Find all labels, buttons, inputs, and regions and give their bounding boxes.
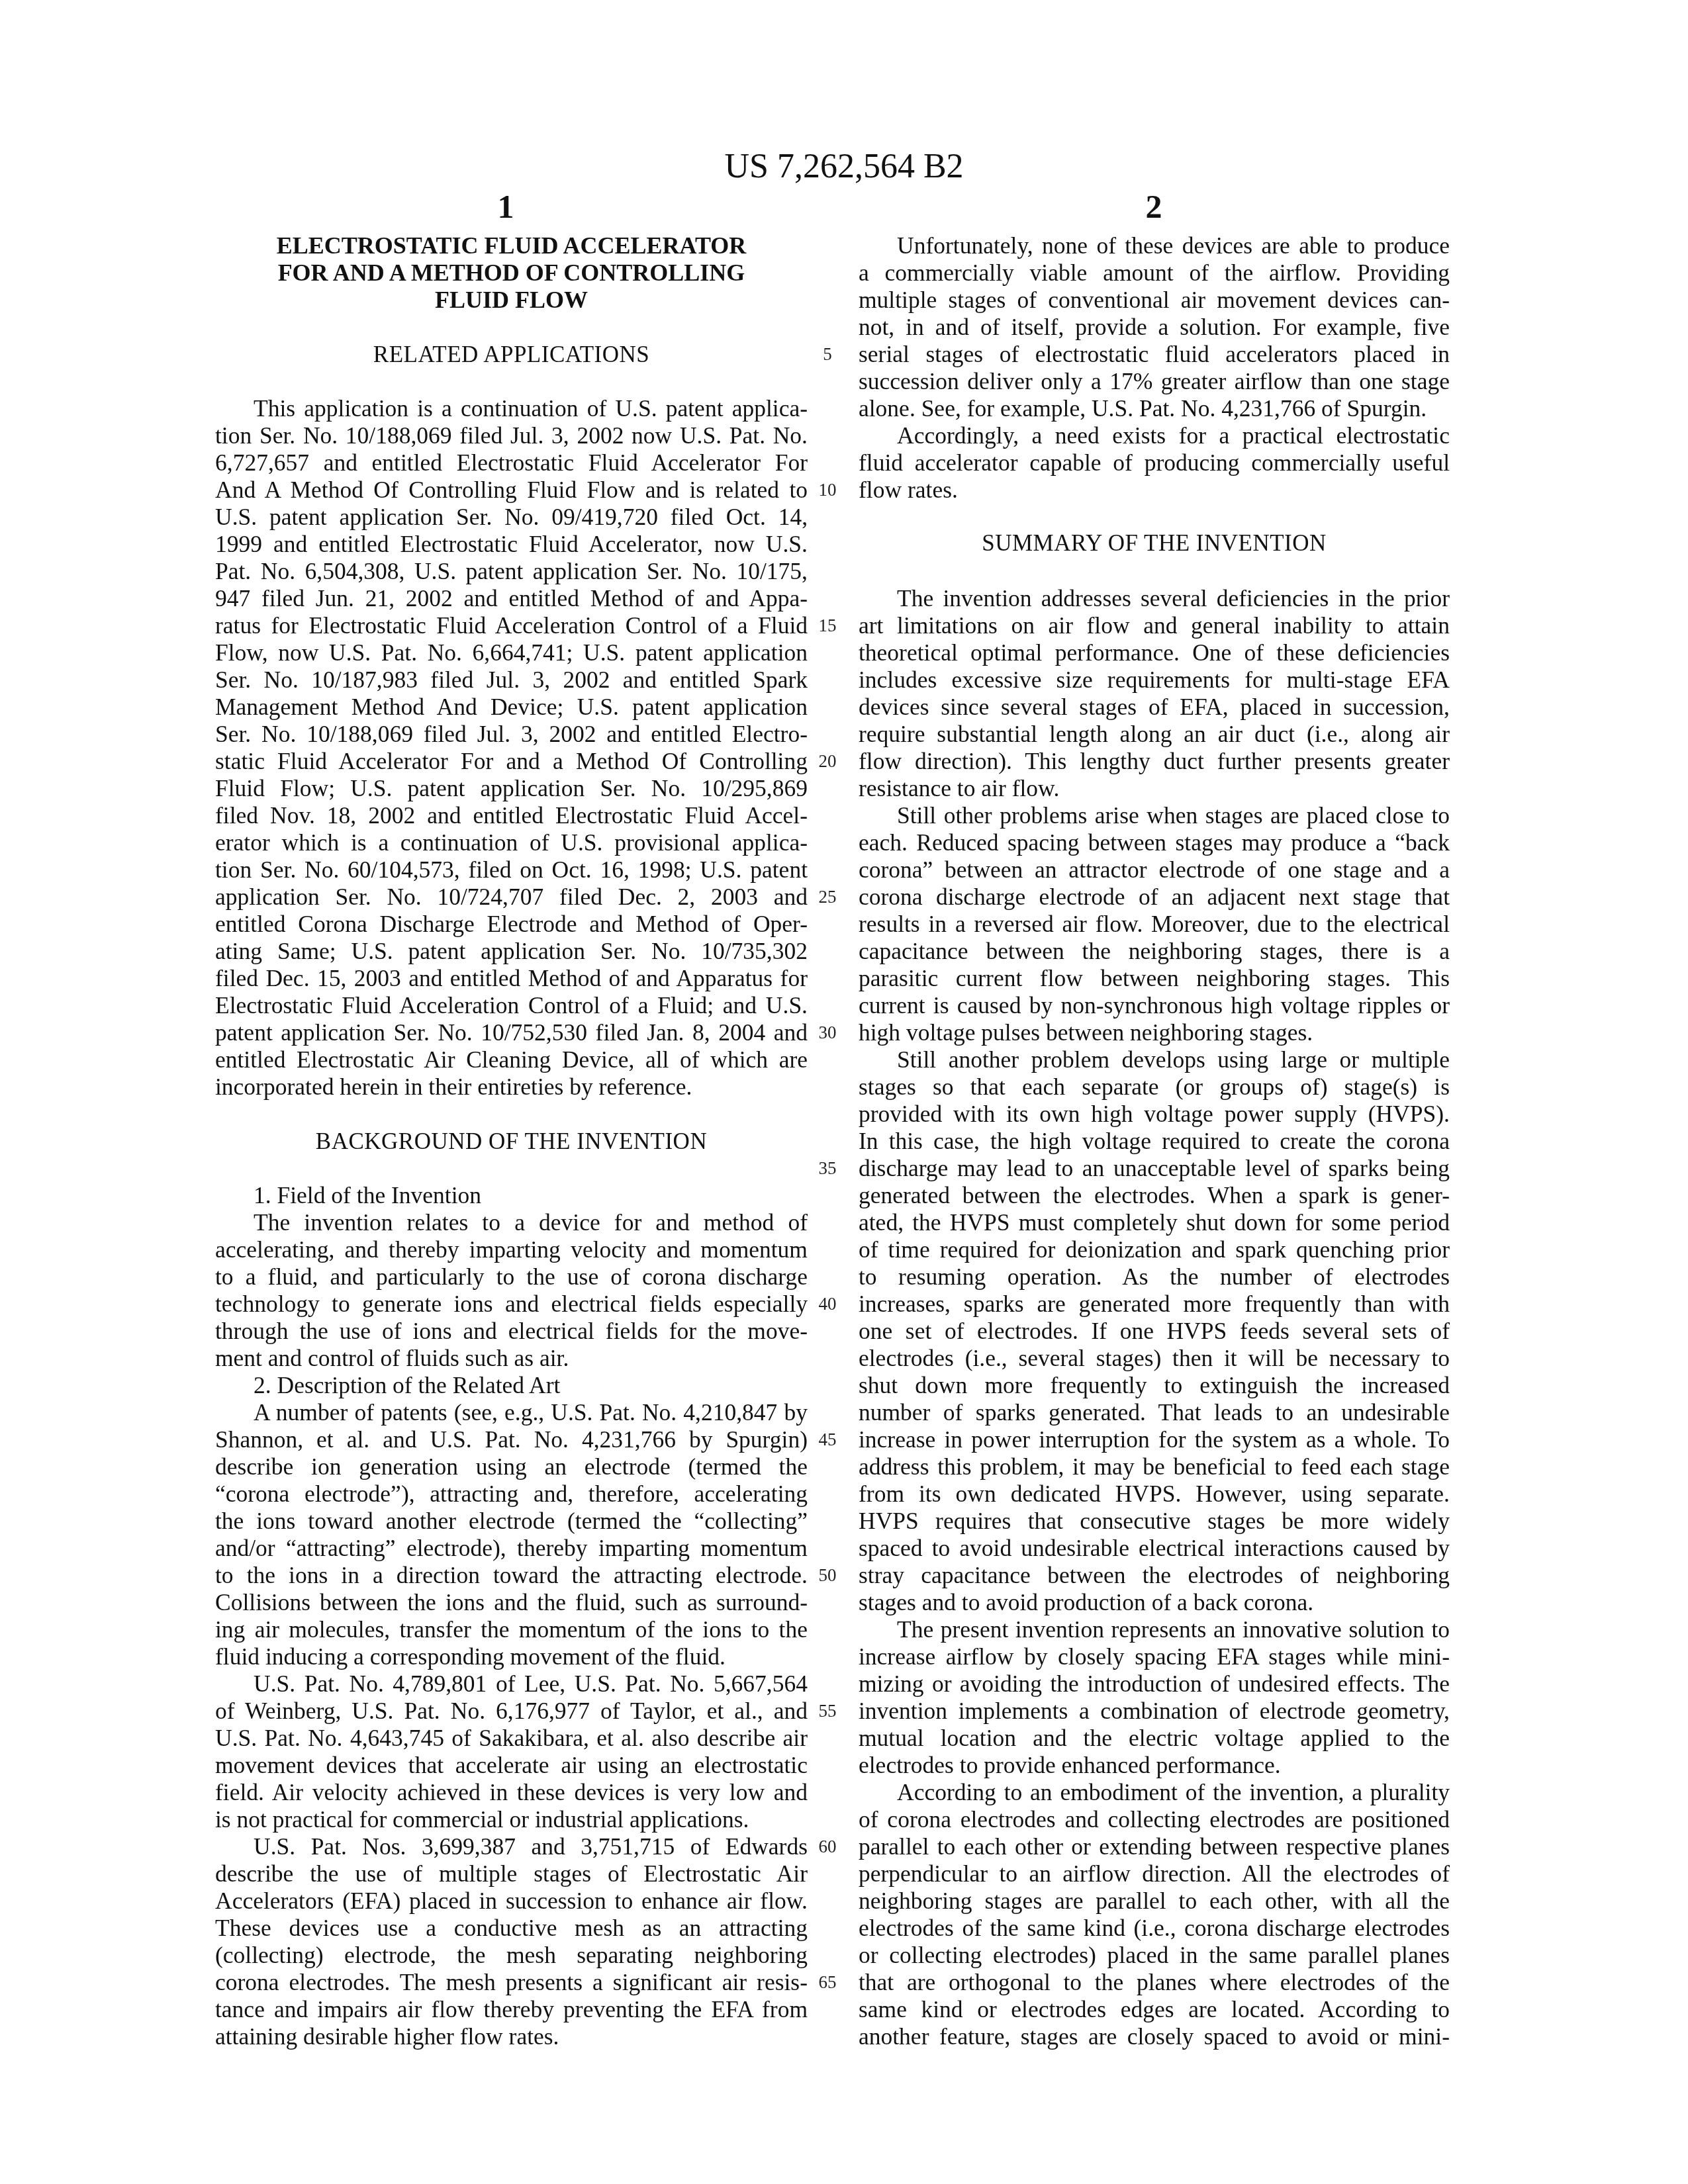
- text-line: Still another problem develops using lar…: [859, 1046, 1450, 1073]
- text-line: describe the use of multiple stages of E…: [215, 1860, 808, 1888]
- line-number: 55: [808, 1698, 847, 1725]
- text-line: number of sparks generated. That leads t…: [859, 1399, 1450, 1426]
- text-line: alone. See, for example, U.S. Pat. No. 4…: [859, 395, 1450, 422]
- text-line: parasitic current flow between neighbori…: [859, 965, 1450, 992]
- line-number: 35: [808, 1155, 847, 1182]
- text-line: According to an embodiment of the invent…: [859, 1779, 1450, 1806]
- text-line: U.S. patent application Ser. No. 09/419,…: [215, 504, 808, 531]
- text-line: U.S. Pat. Nos. 3,699,387 and 3,751,715 o…: [215, 1833, 808, 1860]
- line-number: 65: [808, 1969, 847, 1996]
- text-line: Unfortunately, none of these devices are…: [859, 232, 1450, 259]
- text-line: electrodes to provide enhanced performan…: [859, 1752, 1450, 1779]
- text-line: filed Dec. 15, 2003 and entitled Method …: [215, 965, 808, 992]
- text-line: ing air molecules, transfer the momentum…: [215, 1616, 808, 1643]
- text-line: current is caused by non-synchronous hig…: [859, 992, 1450, 1019]
- text-line: mizing or avoiding the introduction of u…: [859, 1670, 1450, 1698]
- subheading-field-of-invention: 1. Field of the Invention: [215, 1182, 808, 1209]
- text-line: increases, sparks are generated more fre…: [859, 1291, 1450, 1318]
- line-number: 50: [808, 1562, 847, 1589]
- text-line: A number of patents (see, e.g., U.S. Pat…: [215, 1399, 808, 1426]
- column-number-left: 1: [473, 187, 539, 226]
- text-line: And A Method Of Controlling Fluid Flow a…: [215, 477, 808, 504]
- text-line: corona electrodes. The mesh presents a s…: [215, 1969, 808, 1996]
- text-line: field. Air velocity achieved in these de…: [215, 1779, 808, 1806]
- text-line: Accordingly, a need exists for a practic…: [859, 422, 1450, 449]
- text-line: increase airflow by closely spacing EFA …: [859, 1643, 1450, 1670]
- line-number: 5: [808, 341, 847, 368]
- text-line: describe ion generation using an electro…: [215, 1453, 808, 1480]
- line-number: 40: [808, 1291, 847, 1318]
- text-line: tion Ser. No. 60/104,573, filed on Oct. …: [215, 856, 808, 884]
- text-line: or collecting electrodes) placed in the …: [859, 1942, 1450, 1969]
- text-line: shut down more frequently to extinguish …: [859, 1372, 1450, 1399]
- text-line: results in a reversed air flow. Moreover…: [859, 911, 1450, 938]
- text-line: Fluid Flow; U.S. patent application Ser.…: [215, 775, 808, 802]
- text-line: entitled Corona Discharge Electrode and …: [215, 911, 808, 938]
- text-line: technology to generate ions and electric…: [215, 1291, 808, 1318]
- heading-summary: SUMMARY OF THE INVENTION: [859, 529, 1450, 557]
- text-line: Management Method And Device; U.S. paten…: [215, 694, 808, 721]
- text-line: to resuming operation. As the number of …: [859, 1263, 1450, 1291]
- text-line: address this problem, it may be benefici…: [859, 1453, 1450, 1480]
- text-line: corona” between an attractor electrode o…: [859, 856, 1450, 884]
- text-line: 1999 and entitled Electrostatic Fluid Ac…: [215, 531, 808, 558]
- title-line-1: ELECTROSTATIC FLUID ACCELERATOR: [215, 232, 808, 259]
- text-line: Still other problems arise when stages a…: [859, 802, 1450, 829]
- text-line: Ser. No. 10/187,983 filed Jul. 3, 2002 a…: [215, 666, 808, 694]
- text-line: provided with its own high voltage power…: [859, 1101, 1450, 1128]
- text-line: electrodes of the same kind (i.e., coron…: [859, 1915, 1450, 1942]
- text-line: another feature, stages are closely spac…: [859, 2023, 1450, 2050]
- text-line: Flow, now U.S. Pat. No. 6,664,741; U.S. …: [215, 639, 808, 666]
- text-line: tion Ser. No. 10/188,069 filed Jul. 3, 2…: [215, 422, 808, 449]
- text-line: ated, the HVPS must completely shut down…: [859, 1209, 1450, 1236]
- text-line: parallel to each other or extending betw…: [859, 1833, 1450, 1860]
- text-line: ratus for Electrostatic Fluid Accelerati…: [215, 612, 808, 639]
- text-line: Ser. No. 10/188,069 filed Jul. 3, 2002 a…: [215, 721, 808, 748]
- text-line: of time required for deionization and sp…: [859, 1236, 1450, 1263]
- text-line: accelerating, and thereby imparting velo…: [215, 1236, 808, 1263]
- text-line: flow rates.: [859, 477, 1450, 504]
- text-line: (collecting) electrode, the mesh separat…: [215, 1942, 808, 1969]
- line-number: 30: [808, 1019, 847, 1046]
- text-line: discharge may lead to an unacceptable le…: [859, 1155, 1450, 1182]
- text-line: 6,727,657 and entitled Electrostatic Flu…: [215, 449, 808, 477]
- text-line: serial stages of electrostatic fluid acc…: [859, 341, 1450, 368]
- text-line: increase in power interruption for the s…: [859, 1426, 1450, 1453]
- text-line: entitled Electrostatic Air Cleaning Devi…: [215, 1046, 808, 1073]
- text-line: resistance to air flow.: [859, 775, 1450, 802]
- text-line: neighboring stages are parallel to each …: [859, 1888, 1450, 1915]
- text-line: static Fluid Accelerator For and a Metho…: [215, 748, 808, 775]
- text-line: erator which is a continuation of U.S. p…: [215, 829, 808, 856]
- text-line: ment and control of fluids such as air.: [215, 1345, 808, 1372]
- text-line: devices since several stages of EFA, pla…: [859, 694, 1450, 721]
- title-line-2: FOR AND A METHOD OF CONTROLLING: [215, 259, 808, 287]
- text-line: succession deliver only a 17% greater ai…: [859, 368, 1450, 395]
- text-line: tance and impairs air flow thereby preve…: [215, 1996, 808, 2023]
- text-line: 947 filed Jun. 21, 2002 and entitled Met…: [215, 585, 808, 612]
- text-line: The invention addresses several deficien…: [859, 585, 1450, 612]
- text-line: require substantial length along an air …: [859, 721, 1450, 748]
- text-line: not, in and of itself, provide a solutio…: [859, 314, 1450, 341]
- text-line: generated between the electrodes. When a…: [859, 1182, 1450, 1209]
- text-line: fluid inducing a corresponding movement …: [215, 1643, 808, 1670]
- text-line: through the use of ions and electrical f…: [215, 1318, 808, 1345]
- text-line: includes excessive size requirements for…: [859, 666, 1450, 694]
- column-number-right: 2: [1121, 187, 1187, 226]
- text-line: stray capacitance between the electrodes…: [859, 1562, 1450, 1589]
- text-line: U.S. Pat. No. 4,789,801 of Lee, U.S. Pat…: [215, 1670, 808, 1698]
- text-line: ating Same; U.S. patent application Ser.…: [215, 938, 808, 965]
- text-line: flow direction). This lengthy duct furth…: [859, 748, 1450, 775]
- text-line: Shannon, et al. and U.S. Pat. No. 4,231,…: [215, 1426, 808, 1453]
- text-line: of Weinberg, U.S. Pat. No. 6,176,977 of …: [215, 1698, 808, 1725]
- text-line: is not practical for commercial or indus…: [215, 1806, 808, 1833]
- text-line: same kind or electrodes edges are locate…: [859, 1996, 1450, 2023]
- text-line: Collisions between the ions and the flui…: [215, 1589, 808, 1616]
- text-line: This application is a continuation of U.…: [215, 395, 808, 422]
- heading-related-applications: RELATED APPLICATIONS: [215, 341, 808, 368]
- text-line: the ions toward another electrode (terme…: [215, 1508, 808, 1535]
- patent-page: US 7,262,564 B2 1 2 ELECTROSTATIC FLUID …: [0, 0, 1688, 2184]
- text-line: electrodes (i.e., several stages) then i…: [859, 1345, 1450, 1372]
- text-line: each. Reduced spacing between stages may…: [859, 829, 1450, 856]
- text-line: Accelerators (EFA) placed in succession …: [215, 1888, 808, 1915]
- text-line: perpendicular to an airflow direction. A…: [859, 1860, 1450, 1888]
- subheading-related-art: 2. Description of the Related Art: [215, 1372, 808, 1399]
- text-line: from its own dedicated HVPS. However, us…: [859, 1480, 1450, 1508]
- text-line: invention implements a combination of el…: [859, 1698, 1450, 1725]
- line-number: 15: [808, 612, 847, 639]
- text-line: a commercially viable amount of the airf…: [859, 259, 1450, 287]
- text-line: art limitations on air flow and general …: [859, 612, 1450, 639]
- text-line: and/or “attracting” electrode), thereby …: [215, 1535, 808, 1562]
- title-line-3: FLUID FLOW: [215, 287, 808, 314]
- text-line: In this case, the high voltage required …: [859, 1128, 1450, 1155]
- text-line: theoretical optimal performance. One of …: [859, 639, 1450, 666]
- text-line: These devices use a conductive mesh as a…: [215, 1915, 808, 1942]
- text-line: application Ser. No. 10/724,707 filed De…: [215, 884, 808, 911]
- line-number: 10: [808, 477, 847, 504]
- text-line: incorporated herein in their entireties …: [215, 1073, 808, 1101]
- patent-number-header: US 7,262,564 B2: [0, 147, 1688, 187]
- text-line: Pat. No. 6,504,308, U.S. patent applicat…: [215, 558, 808, 585]
- text-line: The invention relates to a device for an…: [215, 1209, 808, 1236]
- text-line: capacitance between the neighboring stag…: [859, 938, 1450, 965]
- text-line: corona discharge electrode of an adjacen…: [859, 884, 1450, 911]
- text-line: to the ions in a direction toward the at…: [215, 1562, 808, 1589]
- text-line: The present invention represents an inno…: [859, 1616, 1450, 1643]
- text-line: spaced to avoid undesirable electrical i…: [859, 1535, 1450, 1562]
- text-line: Electrostatic Fluid Acceleration Control…: [215, 992, 808, 1019]
- heading-background: BACKGROUND OF THE INVENTION: [215, 1128, 808, 1155]
- line-number: 60: [808, 1833, 847, 1860]
- text-line: that are orthogonal to the planes where …: [859, 1969, 1450, 1996]
- text-line: one set of electrodes. If one HVPS feeds…: [859, 1318, 1450, 1345]
- line-number: 20: [808, 748, 847, 775]
- text-line: movement devices that accelerate air usi…: [215, 1752, 808, 1779]
- text-line: patent application Ser. No. 10/752,530 f…: [215, 1019, 808, 1046]
- text-line: stages and to avoid production of a back…: [859, 1589, 1450, 1616]
- text-line: filed Nov. 18, 2002 and entitled Electro…: [215, 802, 808, 829]
- text-line: U.S. Pat. No. 4,643,745 of Sakakibara, e…: [215, 1725, 808, 1752]
- text-line: HVPS requires that consecutive stages be…: [859, 1508, 1450, 1535]
- text-line: fluid accelerator capable of producing c…: [859, 449, 1450, 477]
- text-line: mutual location and the electric voltage…: [859, 1725, 1450, 1752]
- text-line: “corona electrode”), attracting and, the…: [215, 1480, 808, 1508]
- text-line: attaining desirable higher flow rates.: [215, 2023, 808, 2050]
- text-line: of corona electrodes and collecting elec…: [859, 1806, 1450, 1833]
- line-number: 25: [808, 884, 847, 911]
- text-line: stages so that each separate (or groups …: [859, 1073, 1450, 1101]
- text-line: high voltage pulses between neighboring …: [859, 1019, 1450, 1046]
- text-line: multiple stages of conventional air move…: [859, 287, 1450, 314]
- text-line: to a fluid, and particularly to the use …: [215, 1263, 808, 1291]
- line-number: 45: [808, 1426, 847, 1453]
